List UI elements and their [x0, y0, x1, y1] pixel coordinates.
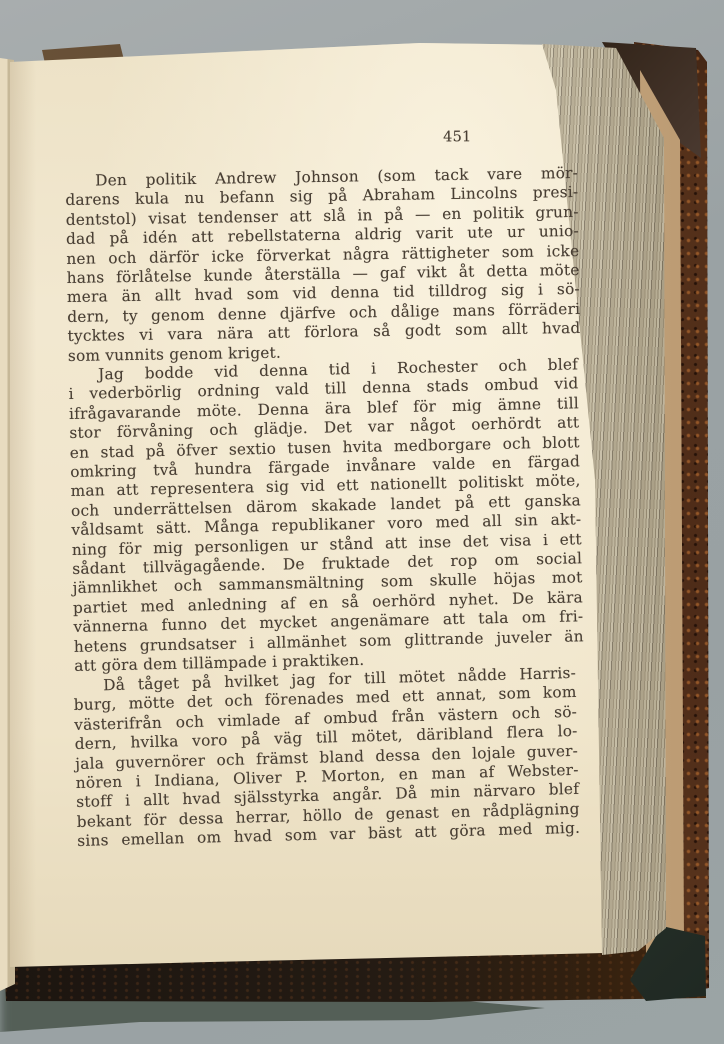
paragraph: Då tåget på hvilket jag for till mötet n… — [73, 663, 580, 851]
paragraph: Jag bodde vid denna tid i Rochester och … — [68, 355, 584, 676]
book-photograph: 451 Den politik Andrew Johnson (som tack… — [0, 0, 724, 1044]
page-number: 451 — [64, 126, 578, 150]
body-text: Den politik Andrew Johnson (som tack var… — [64, 172, 578, 851]
paragraph: Den politik Andrew Johnson (som tack var… — [65, 164, 581, 366]
page-text-column: 451 Den politik Andrew Johnson (som tack… — [64, 130, 578, 851]
